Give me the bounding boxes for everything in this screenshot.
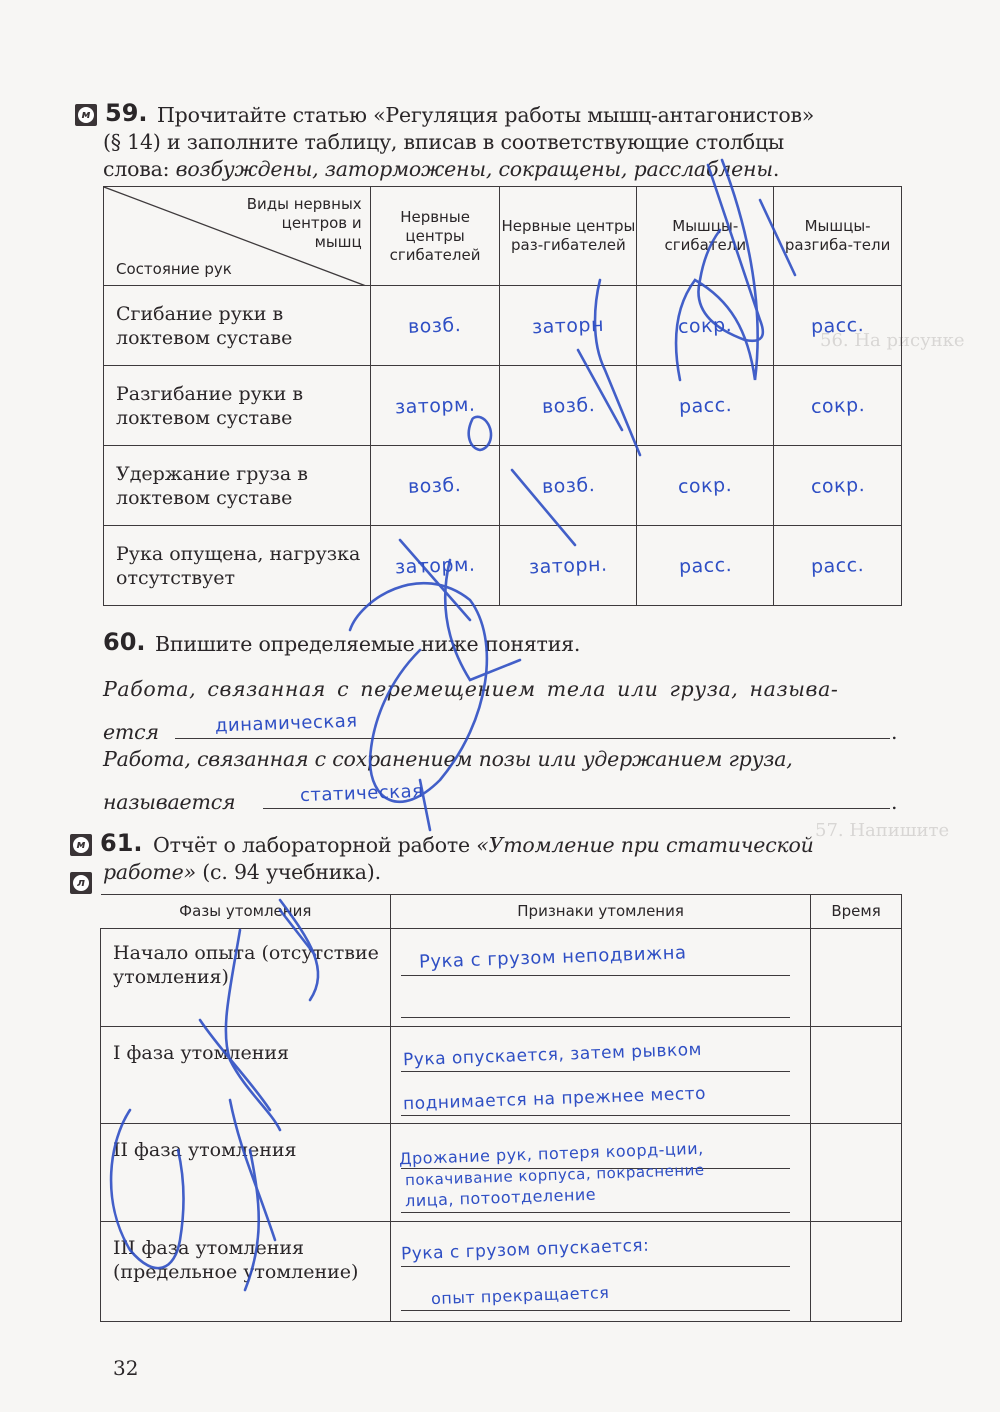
column-header: Признаки утомления	[391, 895, 811, 929]
handwritten-answer: сокр.	[678, 314, 733, 338]
handwritten-answer: лица, потоотделение	[405, 1185, 597, 1211]
handwritten-answer: сокр.	[810, 394, 865, 418]
time-cell[interactable]	[811, 1222, 902, 1322]
handwritten-answer: заторм.	[395, 553, 476, 578]
answer-line	[401, 1310, 790, 1311]
period: .	[891, 719, 897, 745]
handwritten-answer: Рука с грузом неподвижна	[419, 942, 687, 972]
task59-text-line3: слова: возбуждены, заторможены, сокращен…	[103, 156, 779, 182]
time-cell[interactable]	[811, 1027, 902, 1124]
row-label: Удержание груза в локтевом суставе	[104, 446, 371, 526]
answer-line	[175, 738, 890, 739]
task59-words: возбуждены, заторможены, сокращены, расс…	[176, 157, 773, 181]
handwritten-answer: расс.	[811, 554, 865, 578]
task-number-59: 59.	[105, 99, 148, 127]
signs-cell[interactable]: Дрожание рук, потеря коорд-ции, покачива…	[391, 1124, 811, 1222]
handwritten-answer: расс.	[811, 314, 865, 338]
row-label: Сгибание руки в локтевом суставе	[104, 286, 371, 366]
answer-cell[interactable]: расс.	[774, 286, 902, 366]
handwritten-answer: сокр.	[810, 474, 865, 498]
handwritten-answer-dynamic[interactable]: динамическая	[215, 711, 358, 737]
handwritten-answer: заторм.	[395, 393, 476, 418]
task61-suffix: (с. 94 учебника).	[196, 860, 381, 884]
table-row: II фаза утомления Дрожание рук, потеря к…	[101, 1124, 902, 1222]
bleed-through-text: 57. Напишите	[815, 820, 949, 841]
phase-label: III фаза утомления (предельное утомление…	[101, 1222, 391, 1322]
answer-line	[401, 1212, 790, 1213]
column-header: Фазы утомления	[101, 895, 391, 929]
handwritten-answer: возб.	[541, 474, 595, 498]
handwritten-answer: опыт прекращается	[431, 1283, 610, 1308]
table-row: III фаза утомления (предельное утомление…	[101, 1222, 902, 1322]
phase-label: II фаза утомления	[101, 1124, 391, 1222]
task-number-61: 61.	[100, 829, 143, 857]
m-badge-icon: м	[75, 104, 97, 126]
time-cell[interactable]	[811, 1124, 902, 1222]
task60-title: Впишите определяемые ниже понятия.	[155, 631, 580, 657]
table-row: Удержание груза в локтевом суставе возб.…	[104, 446, 902, 526]
handwritten-answer: Рука опускается, затем рывком	[403, 1040, 703, 1070]
answer-cell[interactable]: возб.	[370, 446, 500, 526]
table-row: Разгибание руки в локтевом суставе затор…	[104, 366, 902, 446]
table-row: I фаза утомления Рука опускается, затем …	[101, 1027, 902, 1124]
task60-q1-line1: Работа, связанная с перемещением тела ил…	[103, 676, 838, 702]
column-header: Нервные центры сгибателей	[370, 187, 500, 286]
handwritten-answer: возб.	[408, 474, 462, 498]
signs-cell[interactable]: Рука с грузом неподвижна	[391, 929, 811, 1027]
answer-line	[401, 1266, 790, 1267]
l-badge-icon: л	[70, 872, 92, 894]
task-number-60: 60.	[103, 628, 146, 656]
column-header: Время	[811, 895, 902, 929]
page-number: 32	[113, 1356, 138, 1380]
time-cell[interactable]	[811, 929, 902, 1027]
row-label: Рука опущена, нагрузка отсутствует	[104, 526, 371, 606]
column-header: Мышцы-разгиба-тели	[774, 187, 902, 286]
handwritten-answer: поднимается на прежнее место	[403, 1084, 707, 1115]
corner-header-bottom: Состояние рук	[116, 260, 232, 279]
row-label: Разгибание руки в локтевом суставе	[104, 366, 371, 446]
table-row: Сгибание руки в локтевом суставе возб. з…	[104, 286, 902, 366]
answer-line	[401, 1115, 790, 1116]
answer-cell[interactable]: сокр.	[637, 286, 774, 366]
task61-text-line2: работе» (с. 94 учебника).	[103, 859, 381, 885]
task59-prefix: слова:	[103, 157, 176, 181]
answer-cell[interactable]: заторн.	[500, 526, 637, 606]
answer-cell[interactable]: возб.	[370, 286, 500, 366]
answer-cell[interactable]: возб.	[500, 446, 637, 526]
answer-cell[interactable]: расс.	[637, 526, 774, 606]
answer-cell[interactable]: возб.	[500, 366, 637, 446]
handwritten-answer-static[interactable]: статическая	[300, 781, 424, 806]
answer-line	[401, 1071, 790, 1072]
task61-prefix: Отчёт о лабораторной работе	[153, 833, 476, 857]
handwritten-answer: сокр.	[678, 474, 733, 498]
answer-cell[interactable]: расс.	[774, 526, 902, 606]
task61-text-line1: Отчёт о лабораторной работе «Утомление п…	[153, 832, 814, 858]
answer-line	[263, 808, 890, 809]
answer-cell[interactable]: расс.	[637, 366, 774, 446]
phase-label: I фаза утомления	[101, 1027, 391, 1124]
handwritten-answer: заторн.	[529, 553, 608, 578]
table-row: Начало опыта (отсутствие утомления) Рука…	[101, 929, 902, 1027]
signs-cell[interactable]: Рука опускается, затем рывком поднимаетс…	[391, 1027, 811, 1124]
task59-table: Виды нервных центров и мышц Состояние ру…	[103, 186, 902, 606]
handwritten-answer: заторн	[532, 313, 605, 337]
answer-cell[interactable]: заторм.	[370, 526, 500, 606]
corner-header-top: Виды нервных центров и мышц	[242, 195, 362, 252]
task60-q2-prefix: называется	[103, 789, 235, 815]
task59-text-line1: Прочитайте статью «Регуляция работы мышц…	[157, 102, 814, 128]
handwritten-answer: возб.	[541, 394, 595, 418]
corner-header-cell: Виды нервных центров и мышц Состояние ру…	[104, 187, 371, 286]
column-header: Нервные центры раз-гибателей	[500, 187, 637, 286]
answer-line	[401, 975, 790, 976]
m-badge-icon: м	[70, 834, 92, 856]
answer-cell[interactable]: сокр.	[637, 446, 774, 526]
signs-cell[interactable]: Рука с грузом опускается: опыт прекращае…	[391, 1222, 811, 1322]
answer-cell[interactable]: сокр.	[774, 366, 902, 446]
handwritten-answer: расс.	[678, 394, 732, 418]
handwritten-answer: расс.	[678, 554, 732, 578]
answer-cell[interactable]: сокр.	[774, 446, 902, 526]
table-row: Рука опущена, нагрузка отсутствует затор…	[104, 526, 902, 606]
task61-lab-title-end: работе»	[103, 860, 196, 884]
answer-cell[interactable]: заторм.	[370, 366, 500, 446]
task60-q1-prefix: ется	[103, 719, 159, 745]
answer-cell[interactable]: заторн	[500, 286, 637, 366]
answer-line	[401, 1017, 790, 1018]
task61-table: Фазы утомления Признаки утомления Время …	[100, 894, 902, 1322]
task59-suffix: .	[773, 157, 779, 181]
phase-label: Начало опыта (отсутствие утомления)	[101, 929, 391, 1027]
column-header: Мышцы-сгибатели	[637, 187, 774, 286]
period: .	[891, 789, 897, 815]
task60-q2-line1: Работа, связанная с сохранением позы или…	[103, 746, 793, 772]
task61-lab-title: «Утомление при статической	[476, 833, 813, 857]
handwritten-answer: Рука с грузом опускается:	[401, 1236, 650, 1265]
task59-text-line2: (§ 14) и заполните таблицу, вписав в соо…	[103, 129, 784, 155]
handwritten-answer: возб.	[408, 314, 462, 338]
